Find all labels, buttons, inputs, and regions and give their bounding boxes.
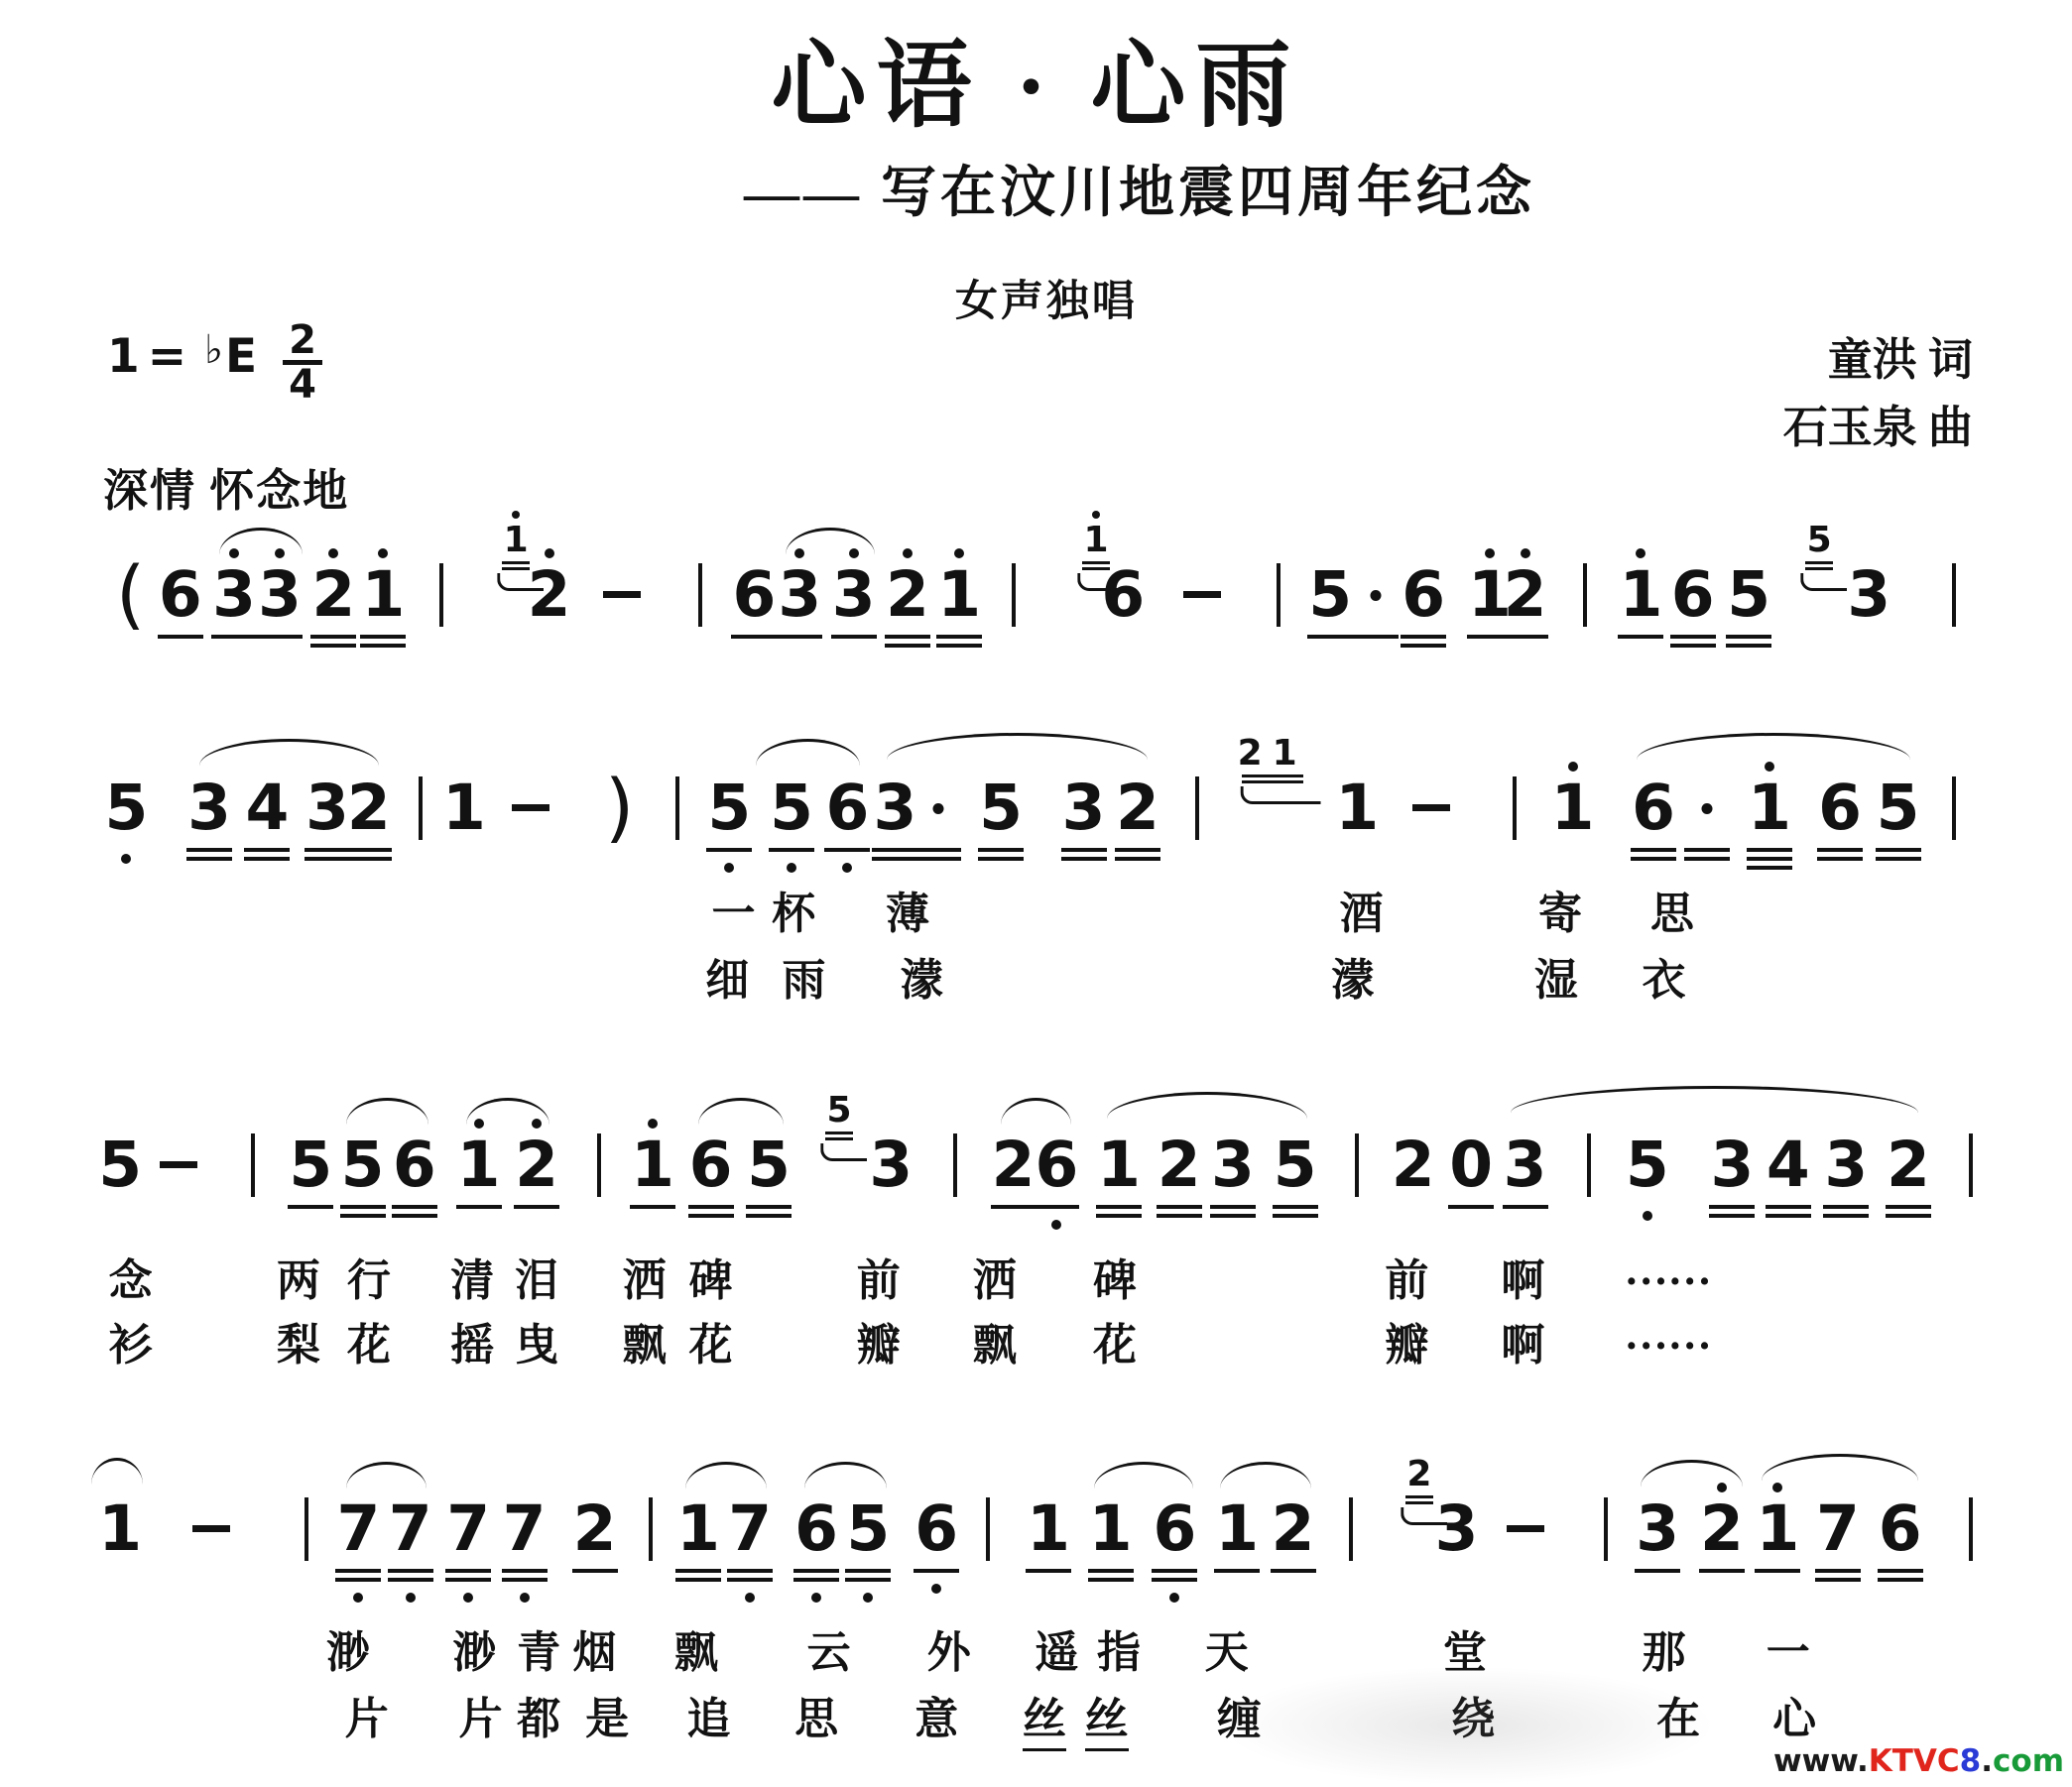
beam-underline: [1747, 848, 1792, 852]
beam-underline: [346, 848, 392, 852]
note-digit: 2: [311, 563, 355, 627]
beam-underline: [1670, 635, 1716, 639]
lyric-syllable: 细: [705, 944, 749, 1008]
beam-underline: [392, 1205, 437, 1209]
lyric-syllable: 思: [794, 1683, 838, 1746]
note-digit: 5: [289, 1133, 332, 1197]
beam-underline: [872, 848, 917, 852]
dash-mark: [603, 591, 641, 598]
beam-underline: [1635, 1569, 1680, 1573]
lyric-syllable: 片: [345, 1683, 389, 1746]
beam-underline: [346, 857, 392, 861]
note-digit: 2: [992, 1133, 1036, 1197]
octave-dot-below: [745, 1593, 755, 1603]
note-digit: 6: [1818, 776, 1862, 840]
note-digit: 6: [689, 1133, 733, 1197]
music-system-3: 5556121655326123520353432念两行清泪洒碑前洒碑前啊……衫…: [0, 1086, 2072, 1393]
barline-mark: [1969, 1497, 1973, 1561]
note-digit: 1: [1620, 563, 1663, 627]
octave-dot-above: [545, 548, 554, 558]
lyric-syllable: 酒: [1339, 878, 1383, 941]
note-digit: 1: [442, 776, 486, 840]
beam-underline: [727, 1578, 773, 1582]
octave-dot-above: [474, 1119, 484, 1129]
beam-underline: [845, 1569, 891, 1573]
watermark-text: KTVC: [1869, 1743, 1960, 1779]
note-digit: 2: [1158, 1133, 1201, 1197]
beam-underline: [1448, 1205, 1494, 1209]
lyric-syllable: 指: [1097, 1616, 1141, 1680]
beam-underline: [305, 857, 350, 861]
lyric-syllable: 前: [1385, 1245, 1428, 1308]
lyric-syllable: ……: [1625, 1245, 1712, 1295]
note-digit: 3: [1211, 1133, 1255, 1197]
lyric-syllable: 花: [689, 1309, 733, 1372]
note-digit: 6: [1879, 1497, 1922, 1561]
lyric-syllable: 瓣: [1385, 1309, 1428, 1372]
note-digit: 1: [457, 1133, 501, 1197]
watermark-text: www.: [1773, 1743, 1869, 1779]
beam-underline: [1876, 848, 1921, 852]
barline-mark: [649, 1497, 653, 1561]
lyric-syllable: 瓣: [857, 1309, 901, 1372]
dash-mark: [160, 1161, 197, 1168]
octave-dot-below: [1643, 1211, 1652, 1221]
lyric-syllable: 两: [277, 1245, 320, 1308]
note-digit: 5: [979, 776, 1023, 840]
barline-mark: [675, 776, 679, 840]
octave-dot-below: [1169, 1593, 1179, 1603]
note-digit: 0: [1449, 1133, 1493, 1197]
note-digit: 1: [1335, 776, 1379, 840]
note-digit: 6: [825, 776, 869, 840]
beam-underline: [1755, 1569, 1800, 1573]
grace-underline: [1805, 561, 1833, 564]
beam-underline: [1699, 1569, 1745, 1573]
lyric-syllable: 泪: [515, 1245, 558, 1308]
lyric-syllable: 追: [686, 1683, 730, 1746]
lyric-syllable: 花: [1093, 1309, 1137, 1372]
lyric-syllable: 行: [347, 1245, 391, 1308]
slur: [1511, 1086, 1919, 1116]
lyric-syllable: 飘: [674, 1616, 718, 1680]
beam-underline: [1026, 1569, 1071, 1573]
note-digit: 1: [1027, 1497, 1070, 1561]
barline-mark: [1513, 776, 1517, 840]
octave-dot-above: [1717, 1483, 1727, 1492]
beam-underline: [360, 635, 406, 639]
lyric-syllable: 花: [347, 1309, 391, 1372]
lyric-syllable: 飘: [973, 1309, 1017, 1372]
barline-mark: [986, 1497, 990, 1561]
lyric-syllable: 洒: [973, 1245, 1017, 1308]
beam-underline: [244, 857, 290, 861]
beam-underline: [257, 635, 303, 639]
note-digit: 3: [1435, 1497, 1479, 1561]
barline-mark: [1349, 1497, 1353, 1561]
note-digit: 3: [778, 563, 821, 627]
beam-underline: [1726, 635, 1771, 639]
lyric-syllable: 清: [450, 1245, 494, 1308]
beam-underline: [572, 1569, 618, 1573]
lyric-syllable: 濛: [1331, 944, 1375, 1008]
note-digit: 5: [1626, 1133, 1669, 1197]
lyric-syllable: 都: [517, 1683, 560, 1746]
lyric-syllable: 碑: [1093, 1245, 1137, 1308]
barline-mark: [305, 1497, 308, 1561]
note-digit: 2: [1504, 563, 1547, 627]
note-digit: 6: [1035, 1133, 1078, 1197]
slur: [1001, 1098, 1071, 1128]
beam-underline: [915, 848, 961, 852]
note-digit: 5: [747, 1133, 791, 1197]
beam-underline: [1817, 848, 1863, 852]
octave-dot-below: [463, 1593, 473, 1603]
beam-underline: [1271, 1569, 1316, 1573]
beam-underline: [688, 1214, 734, 1218]
note-digit: 3: [305, 776, 349, 840]
beam-underline: [211, 635, 257, 639]
lyric-syllable: 思: [1650, 878, 1694, 941]
beam-underline: [1823, 1214, 1869, 1218]
barline-mark: [1195, 776, 1199, 840]
note-digit: 6: [1402, 563, 1445, 627]
octave-dot-above: [1568, 762, 1578, 772]
barline-mark: [698, 563, 702, 627]
beam-underline: [1709, 1214, 1755, 1218]
lyric-syllable: 摇: [450, 1309, 494, 1372]
note-digit: 5: [105, 776, 149, 840]
beam-underline: [793, 1578, 839, 1582]
barline-mark: [1277, 563, 1280, 627]
beam-underline: [340, 1214, 386, 1218]
grace-digit: 1: [504, 522, 529, 559]
lyric-syllable: 渺: [326, 1616, 370, 1680]
note-digit: 2: [528, 563, 571, 627]
grace-underline: [1405, 1501, 1433, 1504]
augmentation-dot-glyph: [1702, 803, 1713, 814]
octave-dot-above: [532, 1119, 542, 1129]
note-digit: 7: [446, 1497, 490, 1561]
beam-underline: [1152, 1569, 1197, 1573]
slur: [91, 1458, 143, 1488]
beam-underline: [360, 644, 406, 648]
beam-underline: [1766, 1205, 1811, 1209]
grace-hook: [820, 1143, 867, 1161]
lyric-syllable: 啊: [1501, 1309, 1544, 1372]
note-digit: 2: [347, 776, 391, 840]
beam-underline: [793, 1569, 839, 1573]
note-digit: 6: [1101, 563, 1145, 627]
beam-underline: [1876, 857, 1921, 861]
lyric-syllable: 丝: [1085, 1683, 1129, 1751]
octave-dot-above: [903, 548, 913, 558]
octave-dot-below: [724, 863, 734, 873]
note-digit: 2: [515, 1133, 558, 1197]
beam-underline: [158, 635, 203, 639]
beam-underline: [727, 1569, 773, 1573]
watermark-text: 8: [1960, 1743, 1982, 1779]
note-digit: 3: [1504, 1133, 1547, 1197]
beam-underline: [914, 1569, 959, 1573]
beam-underline: [1670, 644, 1716, 648]
beam-underline: [769, 848, 814, 852]
note-digit: 2: [1116, 776, 1159, 840]
beam-underline: [1726, 644, 1771, 648]
note-digit: 7: [503, 1497, 547, 1561]
beam-underline: [244, 848, 290, 852]
barline-mark: [439, 563, 443, 627]
note-digit: 5: [770, 776, 813, 840]
barline-mark: [1583, 563, 1587, 627]
lyric-syllable: 梨: [277, 1309, 320, 1372]
slur: [804, 1462, 888, 1491]
lyric-syllable: 那: [1642, 1616, 1685, 1680]
note-digit: 1: [1551, 776, 1595, 840]
octave-dot-below: [842, 863, 852, 873]
note-digit: 3: [1847, 563, 1890, 627]
octave-dot-above: [1521, 548, 1530, 558]
lyric-syllable: 洒: [623, 1245, 667, 1308]
beam-underline: [1210, 1205, 1256, 1209]
beam-underline: [1157, 1205, 1202, 1209]
beam-underline: [1766, 1214, 1811, 1218]
beam-underline: [1088, 1578, 1134, 1582]
beam-underline: [1096, 1205, 1142, 1209]
lyric-syllable: 是: [585, 1683, 629, 1746]
lyric-syllable: 意: [914, 1683, 958, 1746]
beam-underline: [675, 1578, 721, 1582]
beam-underline: [1273, 1205, 1318, 1209]
beam-underline: [388, 1578, 433, 1582]
octave-dot-below: [353, 1593, 363, 1603]
lyric-syllable: 云: [807, 1616, 851, 1680]
octave-dot-above: [794, 548, 804, 558]
note-digit: 2: [1700, 1497, 1744, 1561]
grace-digit: 5: [1807, 522, 1832, 559]
music-system-4: 17777217656116122332176渺渺青烟飘云外遥指天堂那一片片都是…: [0, 1450, 2072, 1757]
barline-mark: [1952, 776, 1956, 840]
lyric-syllable: ……: [1625, 1309, 1712, 1360]
barline-mark: [953, 1133, 957, 1197]
note-digit: 2: [886, 563, 929, 627]
note-digit: 6: [794, 1497, 838, 1561]
note-digit: 3: [1710, 1133, 1754, 1197]
beam-underline: [915, 857, 961, 861]
octave-dot-above: [849, 548, 859, 558]
note-digit: 7: [336, 1497, 380, 1561]
sheet-music-page: 心语 · 心雨 —— 写在汶川地震四周年纪念 女声独唱 1 = ♭ E 2 4 …: [0, 0, 2072, 1787]
note-digit: 3: [187, 776, 231, 840]
slur: [1094, 1462, 1193, 1491]
note-digit: 1: [1089, 1497, 1133, 1561]
beam-underline: [1823, 1205, 1869, 1209]
beam-underline: [1401, 644, 1446, 648]
lyric-syllable: 心: [1772, 1683, 1816, 1746]
note-digit: 5: [1877, 776, 1920, 840]
octave-dot-below: [406, 1593, 416, 1603]
beam-underline: [1503, 635, 1548, 639]
note-digit: 3: [258, 563, 302, 627]
slur: [1762, 1454, 1919, 1484]
grace-underline: [825, 1137, 853, 1140]
barline-mark: [1587, 1133, 1591, 1197]
grace-hook: [1800, 573, 1847, 591]
slur: [698, 1098, 784, 1128]
beam-underline: [310, 635, 356, 639]
augmentation-dot-glyph: [1371, 590, 1382, 601]
note-digit: 7: [1816, 1497, 1860, 1561]
beam-underline: [335, 1578, 381, 1582]
barline-mark: [419, 776, 423, 840]
beam-underline: [1152, 1578, 1197, 1582]
beam-underline: [777, 635, 822, 639]
beam-underline: [1886, 1205, 1931, 1209]
note-digit: 1: [1748, 776, 1791, 840]
note-digit: 3: [212, 563, 256, 627]
lyric-syllable: 遥: [1035, 1616, 1078, 1680]
slur: [1107, 1092, 1308, 1122]
note-digit: 4: [246, 776, 290, 840]
beam-underline: [991, 1205, 1036, 1209]
grace-underline: [1405, 1495, 1433, 1498]
note-digit: 1: [676, 1497, 720, 1561]
lyric-syllable: 念: [109, 1245, 153, 1308]
note-digit: 6: [732, 563, 776, 627]
lyric-syllable: 渺: [452, 1616, 496, 1680]
grace-underline: [1805, 567, 1833, 570]
lyric-syllable: 碑: [689, 1245, 733, 1308]
slur: [887, 733, 1148, 763]
octave-dot-above: [328, 548, 338, 558]
octave-dot-above: [1765, 762, 1774, 772]
grace-underline: [1242, 780, 1303, 783]
beam-underline: [831, 635, 877, 639]
beam-underline: [675, 1569, 721, 1573]
lyric-syllable: 雨: [783, 944, 826, 1008]
note-digit: 4: [1767, 1133, 1810, 1197]
lyric-syllable: 丝: [1023, 1683, 1066, 1751]
lyric-syllable: 青: [517, 1616, 560, 1680]
note-digit: 2: [573, 1497, 617, 1561]
octave-dot-above: [648, 1119, 658, 1129]
note-digit: 3: [1062, 776, 1106, 840]
beam-underline: [1503, 1205, 1548, 1209]
beam-underline: [885, 635, 930, 639]
grace-hook: [1240, 786, 1320, 804]
beam-underline: [502, 1578, 548, 1582]
slur: [199, 739, 380, 769]
beam-underline: [1214, 1569, 1260, 1573]
lyric-syllable: 外: [927, 1616, 971, 1680]
beam-underline: [731, 635, 777, 639]
beam-underline: [1273, 1214, 1318, 1218]
slur: [1220, 1462, 1311, 1491]
score-area: (63321126332116561216553534321)556353221…: [0, 0, 2072, 1787]
watermark: www.KTVC8.com: [1773, 1743, 2064, 1779]
beam-underline: [340, 1205, 386, 1209]
lyric-syllable: 湿: [1534, 944, 1578, 1008]
note-digit: 2: [1887, 1133, 1930, 1197]
beam-underline: [936, 635, 982, 639]
dash-mark: [1183, 591, 1221, 598]
dash-mark: [1507, 1525, 1544, 1532]
music-system-2: 534321)556353221116165一杯薄酒寄思细雨濛濛湿衣: [0, 729, 2072, 1036]
beam-underline: [1115, 857, 1160, 861]
note-digit: 5: [1274, 1133, 1317, 1197]
note-digit: 1: [98, 1497, 142, 1561]
beam-underline: [1088, 1569, 1134, 1573]
lyric-syllable: 杯: [772, 878, 815, 941]
beam-underline: [445, 1578, 491, 1582]
beam-underline: [392, 1214, 437, 1218]
beam-underline: [1631, 848, 1676, 852]
beam-underline: [1353, 635, 1399, 639]
lyric-syllable: 飘: [623, 1309, 667, 1372]
beam-underline: [1886, 1214, 1931, 1218]
lyric-syllable: 片: [459, 1683, 503, 1746]
scan-smudge: [1220, 1666, 1716, 1785]
beam-underline: [288, 1205, 333, 1209]
slur: [1637, 733, 1910, 763]
beam-underline: [388, 1569, 433, 1573]
beam-underline: [845, 1578, 891, 1582]
grace-digit: 21: [1238, 735, 1307, 773]
octave-dot-below: [1051, 1220, 1061, 1230]
beam-underline: [1817, 857, 1863, 861]
beam-underline: [1034, 1205, 1079, 1209]
barline-mark: [1604, 1497, 1608, 1561]
beam-underline: [885, 644, 930, 648]
barline-mark: [1952, 563, 1956, 627]
grace-underline: [1242, 774, 1303, 777]
note-digit: 6: [1154, 1497, 1197, 1561]
barline-mark: [597, 1133, 601, 1197]
barline-mark: [1355, 1133, 1359, 1197]
note-digit: 1: [1215, 1497, 1259, 1561]
note-digit: 5: [341, 1133, 385, 1197]
note-digit: 3: [832, 563, 876, 627]
beam-underline: [1747, 866, 1792, 870]
beam-underline: [1401, 635, 1446, 639]
lyric-syllable: 衫: [109, 1309, 153, 1372]
beam-underline: [502, 1569, 548, 1573]
beam-underline: [1709, 1205, 1755, 1209]
note-digit: 5: [846, 1497, 890, 1561]
beam-underline: [1061, 857, 1107, 861]
slur: [756, 739, 859, 769]
dash-mark: [512, 804, 549, 811]
note-digit: 5: [1308, 563, 1352, 627]
octave-dot-above: [275, 548, 285, 558]
beam-underline: [310, 644, 356, 648]
note-digit: 7: [389, 1497, 432, 1561]
octave-dot-above: [229, 548, 239, 558]
octave-dot-above: [512, 511, 520, 519]
beam-underline: [1157, 1214, 1202, 1218]
beam-underline: [936, 644, 982, 648]
beam-underline: [978, 857, 1024, 861]
barline-mark: [251, 1133, 255, 1197]
lyric-syllable: 薄: [886, 878, 929, 941]
barline-mark: [1012, 563, 1016, 627]
note-digit: 6: [393, 1133, 436, 1197]
grace-digit: 2: [1406, 1456, 1431, 1493]
barline-mark: [1969, 1133, 1973, 1197]
beam-underline: [1878, 1569, 1923, 1573]
octave-dot-above: [1772, 1483, 1782, 1492]
beam-underline: [1684, 848, 1730, 852]
